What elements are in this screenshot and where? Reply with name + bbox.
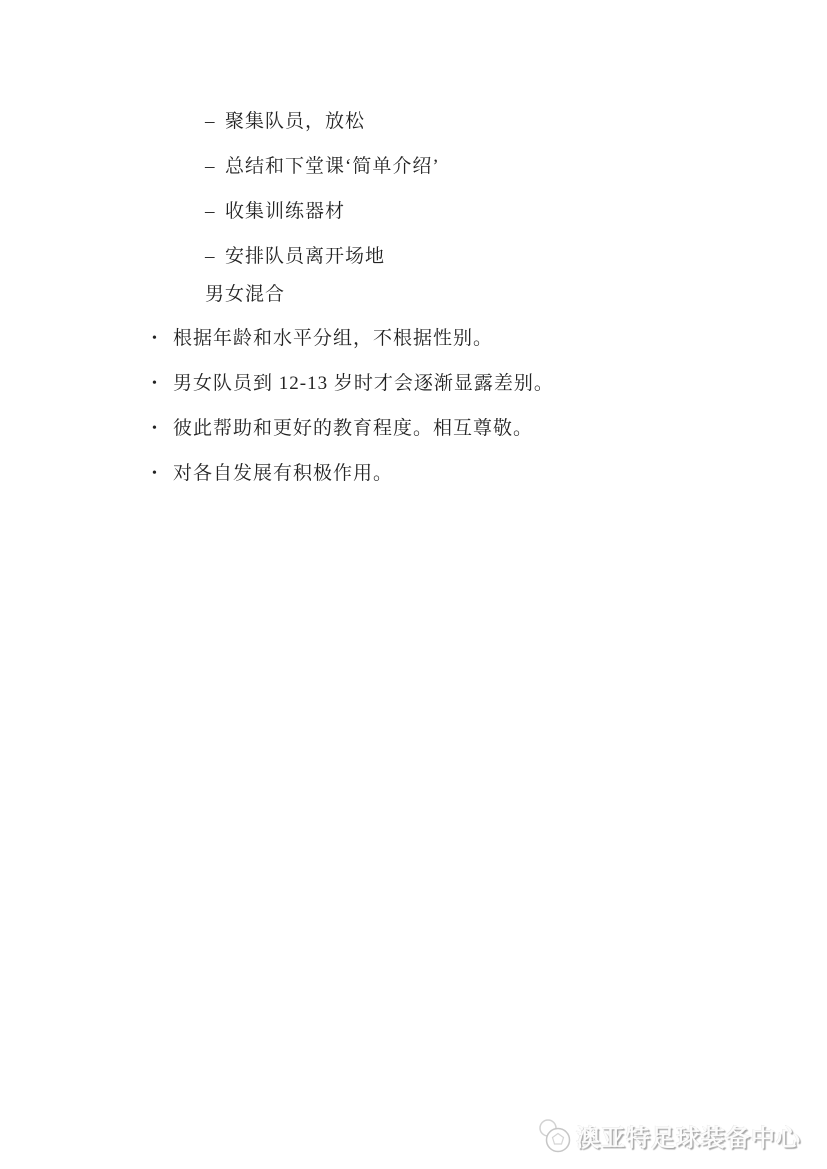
bullet-marker: • — [152, 419, 173, 439]
bullet-item-text: 对各自发展有积极作用。 — [173, 464, 393, 484]
dash-marker: – — [205, 157, 225, 177]
bullet-marker: • — [152, 464, 173, 484]
dash-item-text: 总结和下堂课‘简单介绍’ — [225, 157, 440, 177]
soccer-ball-logo-icon — [536, 1115, 573, 1155]
dash-marker: – — [205, 202, 225, 222]
dash-marker: – — [205, 247, 225, 267]
watermark-text: 澳亚特足球装备中心 — [576, 1118, 801, 1153]
document-content: – 聚集队员，放松 – 总结和下堂课‘简单介绍’ – 收集训练器材 – 安排队员… — [0, 0, 827, 484]
dash-list-item: – 聚集队员，放松 — [205, 112, 827, 132]
bullet-item-text: 彼此帮助和更好的教育程度。相互尊敬。 — [173, 419, 533, 439]
bullet-list-item: • 彼此帮助和更好的教育程度。相互尊敬。 — [152, 419, 827, 439]
dash-marker: – — [205, 112, 225, 132]
bullet-item-text: 男女队员到 12-13 岁时才会逐渐显露差别。 — [173, 374, 554, 394]
dash-list-item: – 收集训练器材 — [205, 202, 827, 222]
dash-list-item: – 安排队员离开场地 — [205, 247, 827, 267]
dash-item-text: 安排队员离开场地 — [225, 247, 385, 267]
bullet-marker: • — [152, 374, 173, 394]
bullet-list-item: • 根据年龄和水平分组，不根据性别。 — [152, 329, 827, 349]
dash-item-text: 收集训练器材 — [225, 202, 345, 222]
bullet-list-item: • 男女队员到 12-13 岁时才会逐渐显露差别。 — [152, 374, 827, 394]
bullet-item-text: 根据年龄和水平分组，不根据性别。 — [173, 329, 493, 349]
section-subheading: 男女混合 — [205, 285, 827, 305]
bullet-marker: • — [152, 329, 173, 349]
bullet-list-item: • 对各自发展有积极作用。 — [152, 464, 827, 484]
dash-item-text: 聚集队员，放松 — [225, 112, 365, 132]
document-page: – 聚集队员，放松 – 总结和下堂课‘简单介绍’ – 收集训练器材 – 安排队员… — [0, 0, 827, 1169]
watermark: 澳亚特足球装备中心 — [536, 1115, 801, 1155]
dash-list-item: – 总结和下堂课‘简单介绍’ — [205, 157, 827, 177]
